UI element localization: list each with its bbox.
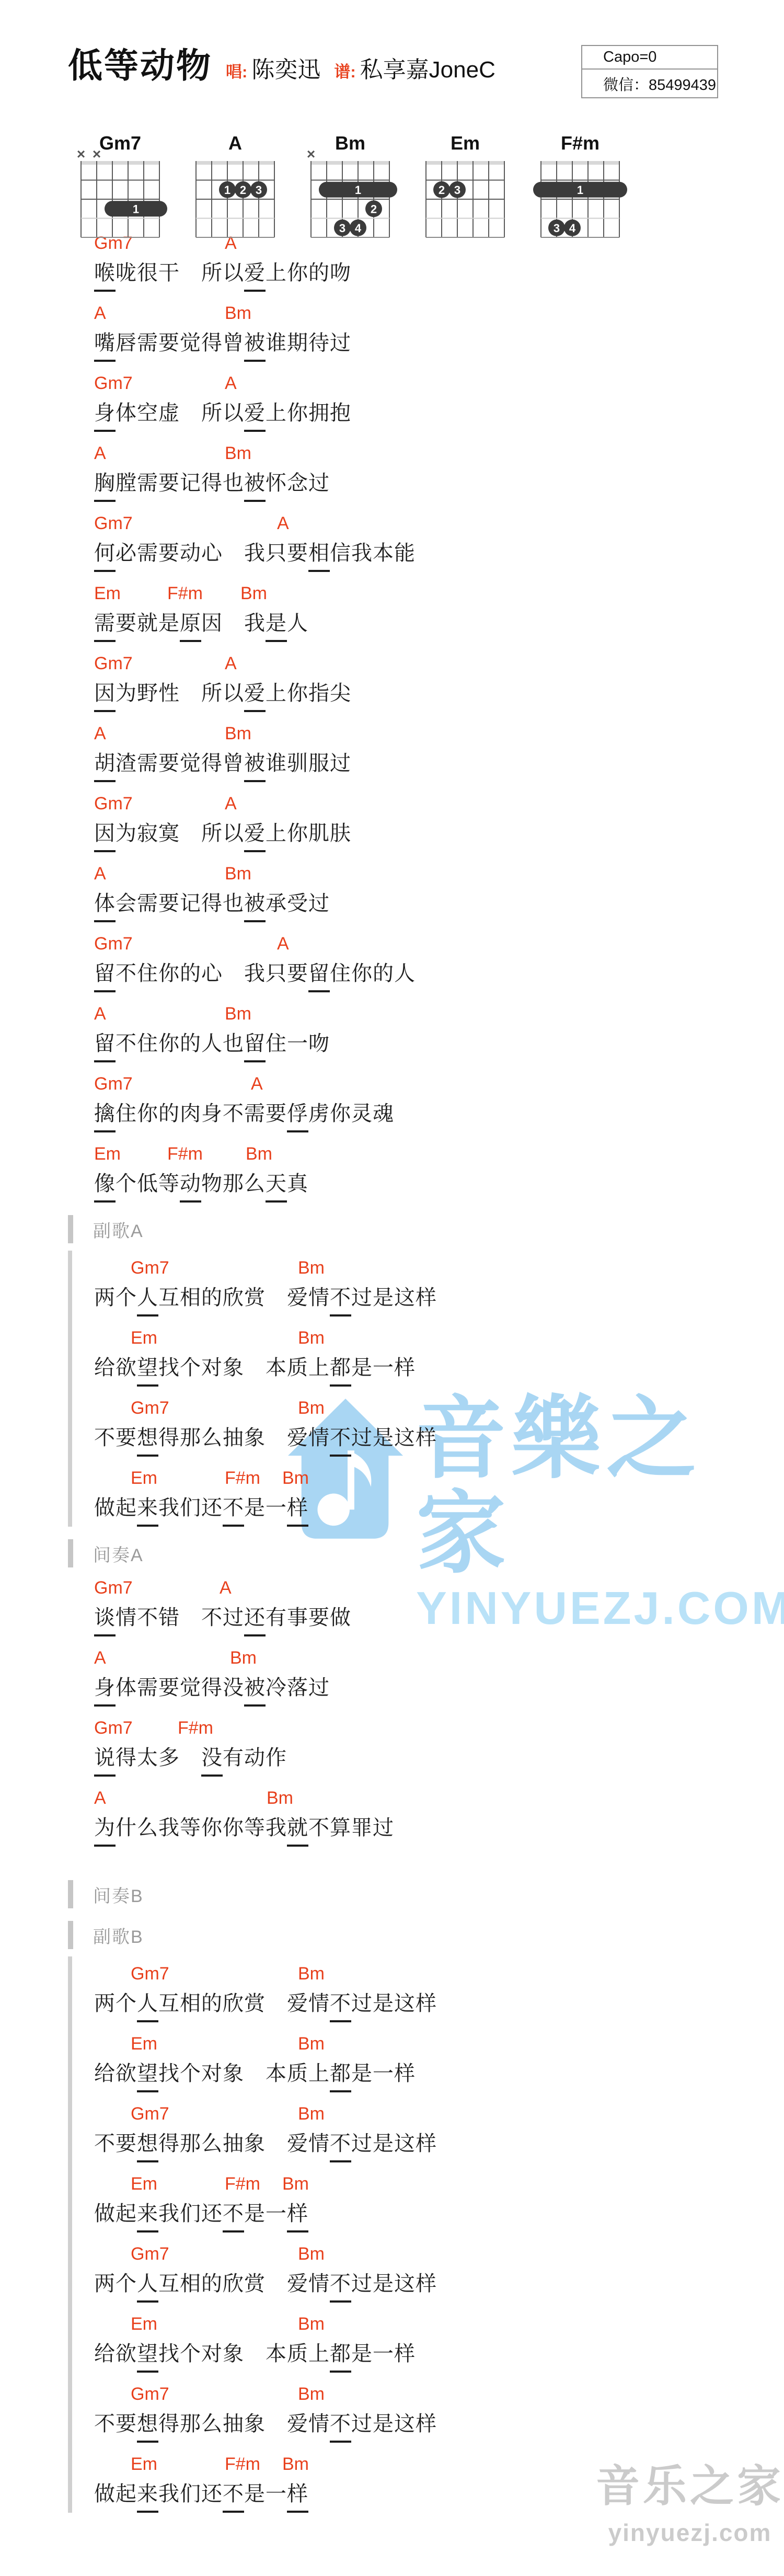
lyric-char: 一 [373, 1355, 394, 1384]
lyric-char: 起 [116, 2481, 137, 2511]
lyric-char: 过 [330, 751, 351, 780]
lyric-char: 要 [116, 2131, 137, 2160]
lyric-char: 不 [94, 2411, 116, 2441]
lyric-char: 吻 [308, 1031, 330, 1060]
lyric-char: 相 [308, 541, 330, 572]
line-pair: Gm7Bm两个人互相的欣赏 爱情不过是这样 [94, 1255, 784, 1316]
lyric-char: 象 [223, 2061, 244, 2090]
lyric-char: 是 [351, 1355, 373, 1384]
lyric-char: 望 [137, 1355, 158, 1387]
svg-text:2: 2 [240, 184, 246, 197]
lyric-char: 我 [158, 2481, 180, 2511]
chord-A: A [225, 654, 237, 674]
lyric-char: 欲 [116, 2061, 137, 2090]
chord-Bm: Bm [298, 2314, 325, 2334]
chord-line: Gm7Bm [94, 2241, 784, 2271]
lyric-char: 上 [266, 260, 287, 290]
chord-Bm: Bm [240, 583, 267, 604]
chord-Bm: Bm [225, 1004, 251, 1024]
lyric-char: 会 [116, 891, 137, 920]
lyric-char: 也 [223, 471, 244, 500]
lyric-char: 曾 [223, 330, 244, 360]
lyric-line: 谈情不错 不过还有事要做 [94, 1605, 784, 1636]
lyric-char: 等 [244, 1815, 266, 1845]
lyric-line: 体会需要记得也被承受过 [94, 891, 784, 922]
chord-A: A [277, 513, 289, 534]
lyric-char: 都 [330, 1355, 351, 1387]
lyric-char: 我 [158, 2201, 180, 2230]
lyric-char: 上 [308, 2341, 330, 2371]
lyric-char: 说 [94, 1745, 116, 1777]
lyric-char: 人 [137, 1285, 158, 1316]
lyric-char: 要 [287, 541, 308, 570]
line-pair: EmF#mBm像个低等动物那么天真 [94, 1141, 784, 1203]
chord-Gm7: Gm7 [94, 1578, 133, 1598]
lyric-char: 吻 [330, 260, 351, 290]
lyric-char: 你 [201, 1815, 223, 1845]
lyric-line: 不要想得那么抽象 爱情不过是这样 [94, 2411, 784, 2443]
chord-A: A [94, 443, 106, 464]
lyric-char: 因 [94, 821, 116, 852]
chord-Em: Em [131, 1468, 157, 1489]
chord-F#m: F#m [178, 1718, 213, 1738]
lyric-char: 得 [201, 330, 223, 360]
chord-Em: Em [131, 2174, 157, 2194]
chord-Gm7: Gm7 [131, 2384, 169, 2405]
lyric-char: 这 [394, 1285, 416, 1314]
lyric-char [180, 1605, 201, 1634]
lyric-char: 人 [137, 2271, 158, 2303]
lyric-char: 爱 [287, 2131, 308, 2160]
lyric-char: 还 [201, 2481, 223, 2511]
chord-Gm7: Gm7 [94, 1718, 133, 1738]
lyric-char: 肌 [308, 821, 330, 850]
lyric-char: 原 [180, 611, 201, 642]
svg-text:F#m: F#m [561, 132, 599, 154]
chord-line: Gm7A [94, 931, 784, 961]
lyric-char: 这 [394, 2271, 416, 2300]
lyric-char: 赏 [244, 1991, 266, 2020]
lyric-char: 身 [201, 1101, 223, 1130]
lyric-char: 两 [94, 1991, 116, 2020]
svg-text:4: 4 [355, 222, 362, 235]
lyric-char: 以 [223, 260, 244, 290]
chord-Em: Em [94, 1144, 121, 1164]
svg-text:Bm: Bm [335, 132, 365, 154]
lyric-char: 得 [158, 1425, 180, 1455]
lyric-char: 谁 [266, 330, 287, 360]
lyric-char: 你 [137, 1101, 158, 1130]
chord-Em: Em [131, 2314, 157, 2334]
lyric-char: 给 [94, 2061, 116, 2090]
lyric-char: 为 [94, 1815, 116, 1847]
lyric-char: 何 [94, 541, 116, 572]
lyric-char: 都 [330, 2061, 351, 2092]
chord-A: A [94, 724, 106, 744]
section-label-text: 副歌A [93, 1217, 144, 1242]
lyric-char: 算 [330, 1815, 351, 1845]
interlude-a: Gm7A谈情不错 不过还有事要做ABm身体需要觉得没被冷落过Gm7F#m说得太多… [94, 1575, 784, 1847]
chord-diagram-strip: Gm7××1A123Bm×1234Em23F#m134 [68, 130, 643, 242]
chord-line: Gm7Bm [94, 1961, 784, 1991]
lyric-char: 需 [137, 541, 158, 570]
svg-text:×: × [93, 146, 101, 162]
lyric-char: 过 [351, 1285, 373, 1314]
singer-label: 唱: [226, 59, 247, 82]
lyric-char: 这 [394, 2411, 416, 2441]
lyric-char: 这 [394, 1425, 416, 1455]
lyric-char: 驯 [287, 751, 308, 780]
section-bar [68, 1921, 73, 1949]
lyric-char: 承 [266, 891, 287, 920]
lyric-line: 为什么我等你你等我就不算罪过 [94, 1815, 784, 1847]
lyric-char: 两 [94, 2271, 116, 2300]
chord-Bm: Bm [298, 1258, 325, 1278]
lyric-char: 受 [287, 891, 308, 920]
lyric-char: 抽 [223, 2131, 244, 2160]
lyric-char: 事 [287, 1605, 308, 1634]
chord-A: A [225, 794, 237, 814]
lyric-char: 样 [416, 2271, 437, 2300]
lyric-char [266, 2271, 287, 2300]
lyric-char: 还 [244, 1605, 266, 1636]
chord-Gm7: Gm7 [131, 2244, 169, 2264]
section-label-text: 副歌B [93, 1922, 144, 1948]
lyric-char: 是 [244, 1495, 266, 1525]
lyric-char: 望 [137, 2061, 158, 2092]
chord-Gm7: Gm7 [94, 373, 133, 394]
chord-Em: Em [131, 2034, 157, 2054]
chord-line: EmBm [94, 2311, 784, 2341]
lyric-char: 情 [308, 1991, 330, 2020]
lyric-char: 得 [201, 471, 223, 500]
lyric-char: 还 [201, 2201, 223, 2230]
lyric-char: 记 [180, 471, 201, 500]
lyric-char: 一 [266, 1495, 287, 1525]
chord-line: Gm7F#m [94, 1715, 784, 1745]
lyric-char: 两 [94, 1285, 116, 1314]
lyric-char [180, 260, 201, 290]
chord-line: Gm7A [94, 510, 784, 541]
lyric-char: 住 [137, 1031, 158, 1060]
lyric-char: 拥 [308, 400, 330, 430]
chord-F#m: F#m [167, 583, 203, 604]
lyric-char: 需 [137, 330, 158, 360]
lyric-char: 么 [244, 1171, 266, 1200]
lyric-line: 给欲望找个对象 本质上都是一样 [94, 2341, 784, 2373]
lyric-line: 给欲望找个对象 本质上都是一样 [94, 2061, 784, 2092]
lyric-char: 得 [201, 1675, 223, 1704]
lyric-char: 因 [201, 611, 223, 640]
line-pair: Gm7A因为野性 所以爱上你指尖 [94, 650, 784, 712]
lyric-char: 身 [94, 400, 116, 432]
lyric-char: 住 [137, 961, 158, 990]
line-pair: ABm体会需要记得也被承受过 [94, 861, 784, 922]
lyric-char: 爱 [244, 681, 266, 712]
lyric-char: 不 [330, 2271, 351, 2303]
lyric-char: 胡 [94, 751, 116, 782]
lyric-char: 你 [158, 1031, 180, 1060]
lyric-char: 想 [137, 1425, 158, 1457]
line-pair: Gm7Bm两个人互相的欣赏 爱情不过是这样 [94, 2241, 784, 2303]
lyric-char: 爱 [287, 1285, 308, 1314]
lyric-char: 象 [223, 1355, 244, 1384]
lyric-char: 过 [373, 1815, 394, 1845]
lyric-char: 样 [287, 2201, 308, 2232]
lyric-char: 性 [158, 681, 180, 710]
lyric-char: 必 [116, 541, 137, 570]
lyric-char: 人 [201, 1031, 223, 1060]
lyric-char: 肤 [330, 821, 351, 850]
svg-text:3: 3 [554, 222, 560, 235]
section-label: 间奏B [68, 1880, 784, 1908]
lyric-char [266, 1991, 287, 2020]
chord-F#m: F#m [167, 1144, 203, 1164]
lyric-char: 质 [287, 2061, 308, 2090]
section-bar [68, 1215, 73, 1243]
chord-line: ABm [94, 300, 784, 330]
section-label: 间奏A [68, 1539, 784, 1567]
chord-Bm: Bm [282, 1468, 309, 1489]
lyric-char: 谁 [266, 751, 287, 780]
lyric-char: 样 [416, 2131, 437, 2160]
line-pair: ABm胡渣需要觉得曾被谁驯服过 [94, 720, 784, 782]
lyric-char: 个 [180, 1355, 201, 1384]
lyric-char: 期 [287, 330, 308, 360]
lyric-char: 体 [116, 1675, 137, 1704]
lyric-char [266, 2411, 287, 2441]
lyric-char: 动 [244, 1745, 266, 1774]
lyric-char: 人 [394, 961, 416, 990]
lyric-char: 等 [158, 1171, 180, 1200]
lyric-char: 不 [116, 961, 137, 990]
lyric-line: 身体空虚 所以爱上你拥抱 [94, 400, 784, 432]
lyric-char: 起 [116, 2201, 137, 2230]
chord-line: Gm7A [94, 1071, 784, 1101]
lyric-line: 像个低等动物那么天真 [94, 1171, 784, 1203]
lyric-line: 不要想得那么抽象 爱情不过是这样 [94, 1425, 784, 1457]
chord-line: ABm [94, 861, 784, 891]
singer-name: 陈奕迅 [251, 51, 320, 84]
lyric-char: 本 [266, 2341, 287, 2371]
chord-Em: Em [94, 583, 121, 604]
chord-line: Gm7Bm [94, 2101, 784, 2131]
lyric-char: 象 [223, 2341, 244, 2371]
lyric-line: 两个人互相的欣赏 爱情不过是这样 [94, 1991, 784, 2022]
lyric-char: 怀 [266, 471, 287, 500]
line-pair: Gm7Bm不要想得那么抽象 爱情不过是这样 [94, 2381, 784, 2443]
lyric-char: 虏 [308, 1101, 330, 1130]
lyric-char: 们 [180, 2201, 201, 2230]
lyric-char: 落 [287, 1675, 308, 1704]
lyric-char: 做 [330, 1605, 351, 1634]
lyric-char: 念 [287, 471, 308, 500]
lyric-char: 过 [308, 1675, 330, 1704]
lyric-line: 留不住你的心 我只要留住你的人 [94, 961, 784, 992]
lyric-char: 留 [94, 1031, 116, 1062]
verse-1: Gm7A喉咙很干 所以爱上你的吻ABm嘴唇需要觉得曾被谁期待过Gm7A身体空虚 … [94, 230, 784, 1203]
lyric-char: 样 [394, 2061, 416, 2090]
lyric-char: 是 [351, 2061, 373, 2090]
lyric-char: 不 [330, 2411, 351, 2443]
lyric-char: 不 [201, 1605, 223, 1634]
lyric-char: 等 [180, 1815, 201, 1845]
lyric-char: 爱 [244, 260, 266, 292]
lyric-char: 虚 [158, 400, 180, 430]
lyric-char: 样 [416, 1285, 437, 1314]
lyric-char: 被 [244, 891, 266, 922]
lyric-char: 的 [180, 1031, 201, 1060]
chord-diagram-A: A123 [183, 130, 298, 242]
lyric-char: 只 [266, 541, 287, 570]
lyric-char: 过 [308, 891, 330, 920]
chord-F#m: F#m [225, 2174, 260, 2194]
lyric-char [266, 1285, 287, 1314]
svg-text:Em: Em [451, 132, 480, 154]
chord-Bm: Bm [282, 2454, 309, 2475]
chord-line: Gm7A [94, 370, 784, 400]
lyric-char: 过 [351, 2271, 373, 2300]
lyric-char: 本 [266, 2061, 287, 2090]
lyric-char: 上 [266, 821, 287, 850]
lyric-char: 人 [287, 611, 308, 640]
lyric-char: 找 [158, 1355, 180, 1384]
lyric-char: 多 [158, 1745, 180, 1774]
lyric-char: 觉 [180, 1675, 201, 1704]
lyric-char: 过 [351, 2131, 373, 2160]
lyric-char: 要 [158, 541, 180, 570]
chord-Bm: Bm [282, 2174, 309, 2194]
lyric-char: 的 [180, 961, 201, 990]
chord-Gm7: Gm7 [94, 794, 133, 814]
lyric-char: 来 [137, 2481, 158, 2513]
svg-text:4: 4 [569, 222, 576, 235]
lyric-char: 住 [116, 1101, 137, 1130]
lyric-char: 我 [351, 541, 373, 570]
lyric-char: 不 [330, 1285, 351, 1316]
lyric-char: 象 [244, 2131, 266, 2160]
lyric-char: 以 [223, 400, 244, 430]
lyric-char: 膛 [116, 471, 137, 500]
lyric-char: 爱 [287, 2411, 308, 2441]
lyric-char: 起 [116, 1495, 137, 1525]
chord-Bm: Bm [267, 1788, 293, 1808]
lyric-char: 曾 [223, 751, 244, 780]
lyric-char: 要 [116, 2411, 137, 2441]
lyric-char: 只 [266, 961, 287, 990]
lyric-char: 不 [223, 2201, 244, 2232]
lyric-char: 一 [373, 2341, 394, 2371]
chord-A: A [225, 373, 237, 394]
lyric-char: 来 [137, 2201, 158, 2232]
lyric-char: 那 [180, 1425, 201, 1455]
lyric-char: 的 [373, 961, 394, 990]
lyric-char: 找 [158, 2341, 180, 2371]
lyric-char: 做 [94, 1495, 116, 1525]
lyric-char: 一 [287, 1031, 308, 1060]
lyric-char: 肉 [180, 1101, 201, 1130]
chord-line: ABm [94, 720, 784, 751]
lyric-char: 做 [94, 2481, 116, 2511]
lyric-char: 过 [330, 330, 351, 360]
lyric-char: 是 [373, 1991, 394, 2020]
lyric-char: 本 [266, 1355, 287, 1384]
lyric-char: 望 [137, 2341, 158, 2373]
lyric-char: 人 [137, 1991, 158, 2022]
lyric-char: 不 [330, 1425, 351, 1457]
chord-A: A [220, 1578, 232, 1598]
lyric-char: 情 [308, 2131, 330, 2160]
lyric-char: 空 [137, 400, 158, 430]
lyric-char: 个 [116, 1285, 137, 1314]
lyric-char: 留 [244, 1031, 266, 1062]
lyric-char [223, 541, 244, 570]
lyric-char: 咙 [116, 260, 137, 290]
lyric-char: 情 [308, 1285, 330, 1314]
lyric-char: 没 [201, 1745, 223, 1777]
chord-Gm7: Gm7 [94, 654, 133, 674]
lyric-char: 要 [266, 1101, 287, 1130]
line-pair: EmBm给欲望找个对象 本质上都是一样 [94, 1325, 784, 1387]
lyric-char: 上 [266, 681, 287, 710]
lyric-char: 爱 [287, 2271, 308, 2300]
lyric-char: 心 [201, 541, 223, 570]
lyric-char: 么 [137, 1815, 158, 1845]
lyric-char: 物 [201, 1171, 223, 1200]
lyric-char: 相 [180, 1285, 201, 1314]
lyric-char: 个 [116, 1991, 137, 2020]
chord-A: A [94, 303, 106, 324]
lyric-char: 身 [94, 1675, 116, 1707]
lyric-char: 要 [116, 1425, 137, 1455]
lyric-char: 所 [201, 821, 223, 850]
lyric-char: 不 [223, 1495, 244, 1527]
lyric-char: 魂 [373, 1101, 394, 1130]
chord-line: Gm7Bm [94, 2381, 784, 2411]
chord-sheet: Gm7A喉咙很干 所以爱上你的吻ABm嘴唇需要觉得曾被谁期待过Gm7A身体空虚 … [0, 230, 784, 2521]
section-bar [68, 1880, 73, 1908]
line-pair: Gm7A因为寂寞 所以爱上你肌肤 [94, 791, 784, 852]
lyric-char: 对 [201, 2061, 223, 2090]
line-pair: ABm身体需要觉得没被冷落过 [94, 1645, 784, 1707]
section-label-text: 间奏B [93, 1882, 144, 1907]
lyric-char: 留 [308, 961, 330, 992]
lyric-char: 真 [287, 1171, 308, 1200]
page-title: 低等动物 [68, 38, 212, 87]
lyric-char: 胸 [94, 471, 116, 502]
svg-text:1: 1 [355, 184, 361, 197]
lyric-char: 俘 [287, 1101, 308, 1132]
chord-A: A [277, 934, 289, 954]
chord-line: EmBm [94, 2031, 784, 2061]
lyric-char: 待 [308, 330, 330, 360]
svg-text:×: × [77, 146, 85, 162]
lyric-char: 来 [137, 1495, 158, 1527]
lyric-char: 得 [158, 2131, 180, 2160]
lyric-line: 胡渣需要觉得曾被谁驯服过 [94, 751, 784, 782]
chord-A: A [94, 1648, 106, 1668]
line-pair: Gm7F#m说得太多 没有动作 [94, 1715, 784, 1777]
lyric-char: 嘴 [94, 330, 116, 362]
svg-text:3: 3 [339, 222, 345, 235]
lyric-char: 个 [180, 2061, 201, 2090]
lyric-char: 记 [180, 891, 201, 920]
lyric-char: 欣 [223, 1991, 244, 2020]
chord-Gm7: Gm7 [94, 934, 133, 954]
lyric-char: 要 [158, 891, 180, 920]
chord-Bm: Bm [225, 724, 251, 744]
lyric-char: 我 [244, 541, 266, 570]
